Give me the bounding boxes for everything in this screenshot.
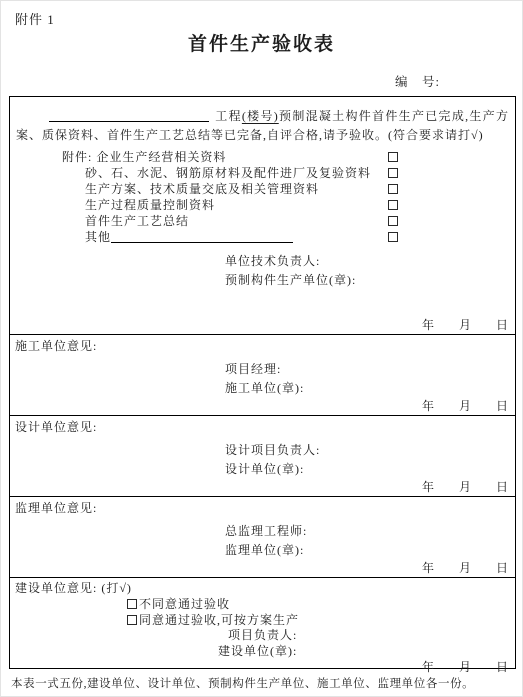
intro-project-word: 工程 bbox=[215, 109, 242, 123]
attachment-checkbox-1[interactable] bbox=[388, 152, 398, 162]
year-label: 年 bbox=[422, 561, 435, 575]
developer-opinion-title: 建设单位意见: (打√) bbox=[10, 578, 515, 596]
year-label: 年 bbox=[422, 399, 435, 413]
month-label: 月 bbox=[459, 561, 472, 575]
contractor-signature-block: 项目经理: 施工单位(章): bbox=[10, 360, 515, 398]
day-label: 日 bbox=[496, 399, 509, 413]
contractor-org-seal-label: 施工单位(章): bbox=[225, 379, 515, 398]
attachment-row: 附件:企业生产经营相关资料 bbox=[10, 149, 515, 165]
year-label: 年 bbox=[422, 660, 435, 674]
supervision-date-line: 年月日 bbox=[398, 561, 509, 575]
attachment-row: 生产过程质量控制资料 bbox=[10, 197, 515, 213]
attachment-item-label: 首件生产工艺总结 bbox=[85, 214, 189, 228]
attachment-number-label: 附件 1 bbox=[15, 9, 55, 28]
attachment-checklist: 附件:企业生产经营相关资料 砂、石、水泥、钢筋原材料及配件进厂及复验资料 生产方… bbox=[10, 149, 515, 245]
attachment-checkbox-5[interactable] bbox=[388, 216, 398, 226]
attachment-row: 生产方案、技术质量交底及相关管理资料 bbox=[10, 181, 515, 197]
producer-org-seal-label: 预制构件生产单位(章): bbox=[225, 271, 515, 290]
developer-org-seal-label: 建设单位(章): bbox=[10, 643, 515, 659]
developer-date-line: 年月日 bbox=[398, 660, 509, 674]
distribution-note: 本表一式五份,建设单位、设计单位、预制构件生产单位、施工单位、监理单位各一份。 bbox=[11, 675, 474, 691]
attachment-item-label: 其他 bbox=[85, 230, 111, 244]
developer-lead-label: 项目负责人: bbox=[10, 628, 515, 643]
contractor-opinion-section: 施工单位意见: 项目经理: 施工单位(章): 年月日 bbox=[10, 334, 515, 415]
design-opinion-section: 设计单位意见: 设计项目负责人: 设计单位(章): 年月日 bbox=[10, 415, 515, 496]
chief-supervisor-label: 总监理工程师: bbox=[225, 522, 515, 541]
day-label: 日 bbox=[496, 561, 509, 575]
attachment-row: 砂、石、水泥、钢筋原材料及配件进厂及复验资料 bbox=[10, 165, 515, 181]
developer-opinion-section: 建设单位意见: (打√) 不同意通过验收 同意通过验收,可按方案生产 项目负责人… bbox=[10, 577, 515, 676]
year-label: 年 bbox=[422, 318, 435, 332]
reject-option-label: 不同意通过验收 bbox=[139, 597, 230, 611]
design-lead-label: 设计项目负责人: bbox=[225, 441, 515, 460]
contractor-date-line: 年月日 bbox=[398, 399, 509, 413]
attachment-item-label: 生产方案、技术质量交底及相关管理资料 bbox=[85, 182, 319, 196]
tick-hint-label: (打√) bbox=[101, 581, 132, 595]
year-label: 年 bbox=[422, 480, 435, 494]
approve-option-label: 同意通过验收,可按方案生产 bbox=[139, 613, 299, 627]
supervision-org-seal-label: 监理单位(章): bbox=[225, 541, 515, 560]
month-label: 月 bbox=[459, 318, 472, 332]
day-label: 日 bbox=[496, 318, 509, 332]
page-title: 首件生产验收表 bbox=[1, 29, 522, 56]
building-number-label: (楼号) bbox=[242, 109, 279, 123]
month-label: 月 bbox=[459, 480, 472, 494]
producer-application-section: 工程(楼号)预制混凝土构件首件生产已完成,生产方案、质保资料、首件生产工艺总结等… bbox=[10, 107, 515, 334]
project-name-blank[interactable] bbox=[49, 109, 209, 122]
attachment-item-label: 砂、石、水泥、钢筋原材料及配件进厂及复验资料 bbox=[85, 166, 371, 180]
attachment-checkbox-6[interactable] bbox=[388, 232, 398, 242]
supervision-signature-block: 总监理工程师: 监理单位(章): bbox=[10, 522, 515, 560]
attachment-item-label: 企业生产经营相关资料 bbox=[96, 150, 226, 164]
day-label: 日 bbox=[496, 660, 509, 674]
day-label: 日 bbox=[496, 480, 509, 494]
serial-number-label: 编 号: bbox=[395, 72, 440, 90]
producer-tech-lead-label: 单位技术负责人: bbox=[225, 252, 515, 271]
attachment-checkbox-4[interactable] bbox=[388, 200, 398, 210]
supervision-opinion-section: 监理单位意见: 总监理工程师: 监理单位(章): 年月日 bbox=[10, 496, 515, 577]
design-signature-block: 设计项目负责人: 设计单位(章): bbox=[10, 441, 515, 479]
month-label: 月 bbox=[459, 660, 472, 674]
design-opinion-title: 设计单位意见: bbox=[10, 416, 515, 435]
producer-signature-block: 单位技术负责人: 预制构件生产单位(章): bbox=[10, 252, 515, 290]
attachment-checkbox-2[interactable] bbox=[388, 168, 398, 178]
other-attachment-blank[interactable] bbox=[111, 231, 293, 243]
approve-checkbox[interactable] bbox=[127, 615, 137, 625]
attachment-row: 其他 bbox=[10, 229, 515, 245]
reject-option-row: 不同意通过验收 bbox=[10, 596, 515, 612]
acceptance-form-table: 工程(楼号)预制混凝土构件首件生产已完成,生产方案、质保资料、首件生产工艺总结等… bbox=[9, 96, 516, 669]
approve-option-row: 同意通过验收,可按方案生产 bbox=[10, 612, 515, 628]
reject-checkbox[interactable] bbox=[127, 599, 137, 609]
developer-opinion-label: 建设单位意见: bbox=[15, 581, 97, 595]
month-label: 月 bbox=[459, 399, 472, 413]
attachment-checkbox-3[interactable] bbox=[388, 184, 398, 194]
attachment-row: 首件生产工艺总结 bbox=[10, 213, 515, 229]
document-page: 附件 1 首件生产验收表 编 号: 工程(楼号)预制混凝土构件首件生产已完成,生… bbox=[0, 0, 523, 697]
attachments-label: 附件: bbox=[62, 150, 92, 164]
design-date-line: 年月日 bbox=[398, 480, 509, 494]
contractor-opinion-title: 施工单位意见: bbox=[10, 335, 515, 354]
supervision-opinion-title: 监理单位意见: bbox=[10, 497, 515, 516]
design-org-seal-label: 设计单位(章): bbox=[225, 460, 515, 479]
attachment-item-label: 生产过程质量控制资料 bbox=[85, 198, 215, 212]
project-manager-label: 项目经理: bbox=[225, 360, 515, 379]
producer-date-line: 年月日 bbox=[398, 318, 509, 332]
intro-paragraph: 工程(楼号)预制混凝土构件首件生产已完成,生产方案、质保资料、首件生产工艺总结等… bbox=[16, 107, 509, 145]
